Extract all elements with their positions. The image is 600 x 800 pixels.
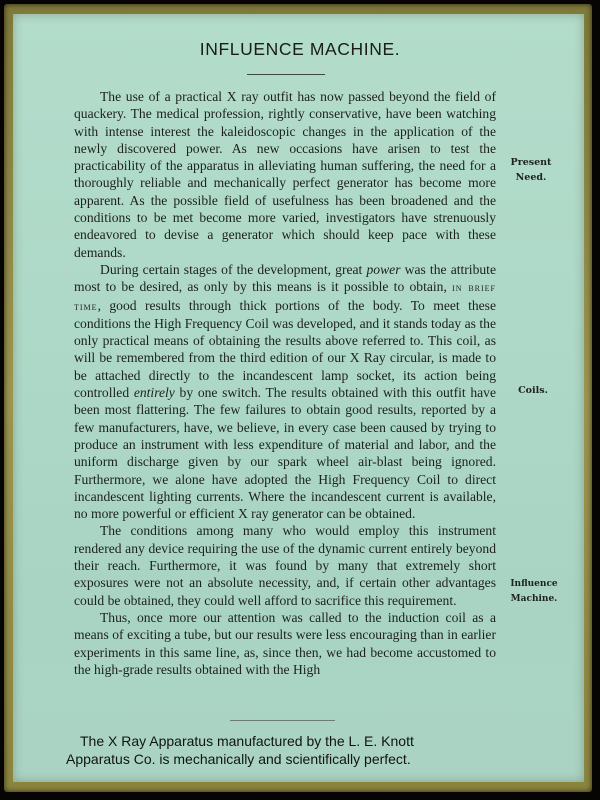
footer-line-2: Apparatus Co. is mechanically and scient…	[66, 750, 506, 768]
paragraph: During certain stages of the development…	[74, 261, 496, 522]
text-run: The use of a practical X ray outfit has …	[74, 89, 496, 260]
paragraph: The use of a practical X ray outfit has …	[74, 88, 496, 261]
margin-note-present-need: Present Need.	[501, 155, 561, 185]
paragraph: The conditions among many who would empl…	[74, 522, 496, 608]
margin-note-line: Coils.	[503, 383, 563, 398]
body-text: The use of a practical X ray outfit has …	[74, 88, 496, 678]
text-run: Thus, once more our attention was called…	[74, 610, 496, 677]
text-run: by one switch. The results obtained with…	[74, 385, 496, 521]
margin-note-influence-machine: Influence Machine.	[504, 577, 564, 607]
footer-line-1: The X Ray Apparatus manufactured by the …	[66, 732, 506, 750]
margin-note-line: Present	[501, 155, 561, 170]
text-run: power	[367, 262, 401, 277]
text-run: entirely	[134, 385, 175, 400]
page-title: INFLUENCE MACHINE.	[0, 39, 600, 60]
paragraph: Thus, once more our attention was called…	[74, 609, 496, 678]
margin-note-line: Influence	[504, 577, 564, 592]
text-run: The conditions among many who would empl…	[74, 523, 496, 607]
footer-statement: The X Ray Apparatus manufactured by the …	[66, 732, 506, 768]
margin-note-coils: Coils.	[503, 383, 563, 398]
footer-divider	[230, 720, 335, 721]
title-divider	[247, 74, 325, 75]
text-run: During certain stages of the development…	[100, 262, 367, 277]
margin-note-line: Need.	[501, 170, 561, 185]
margin-note-line: Machine.	[504, 592, 564, 607]
